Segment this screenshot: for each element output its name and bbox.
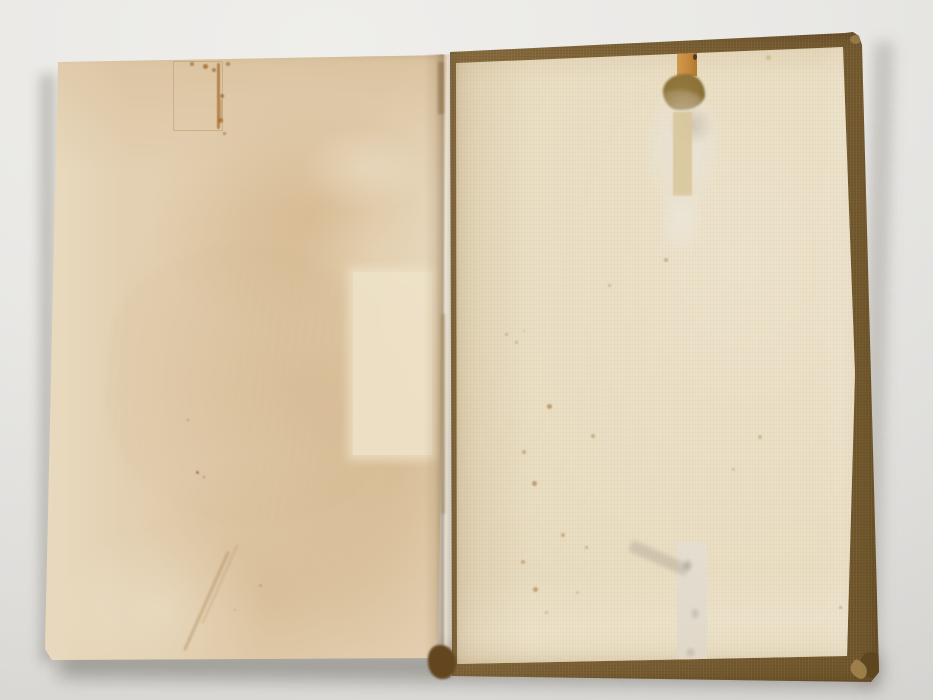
spine-gutter [424,54,460,676]
left-endpaper-page [45,55,448,661]
torn-paper-scuff-tail [661,194,703,258]
cover-top-corner-worn-spot [850,35,861,44]
rust-tape-mark-secondary [220,99,222,121]
diagonal-scratch [183,551,230,651]
tape-ghost-outline [173,61,223,131]
tape-remnant-beige-strip [673,112,692,196]
diagonal-scratch-secondary [202,544,239,623]
gutter-bottom-wear-blob [428,645,456,679]
right-pastedown-page [455,44,865,669]
photo-background [0,0,933,700]
gutter-olive-streak [441,314,445,514]
tape-remnant-dark-dot [693,54,697,60]
gutter-top-mark [438,62,444,114]
light-rectangle-patch [353,272,432,455]
